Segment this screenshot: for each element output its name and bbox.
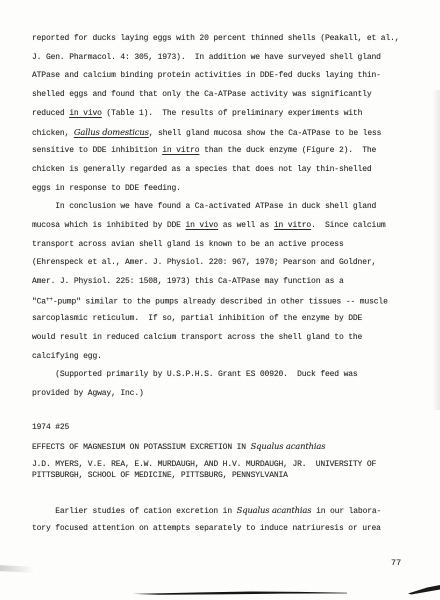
text-segment: Earlier studies of cation excretion in [32,507,237,516]
text-segment: ++ [46,296,53,303]
text-line: In conclusion we have found a Ca-activat… [32,202,422,221]
text-segment: J. Gen. Pharmacol. 4: 305, 1973). In add… [32,53,381,62]
text-segment: reduced [32,109,69,118]
text-segment: would result in reduced calcium transpor… [32,333,362,342]
text-segment: (Table 1). The results of preliminary ex… [102,109,362,118]
scanned-document-page: reported for ducks laying eggs with 20 p… [0,0,440,600]
text-line: ATPase and calcium binding protein activ… [32,71,422,90]
text-line: 1974 #25 [32,423,422,442]
text-segment: than the duck enzyme (Figure 2). The [199,146,376,155]
text-line: tory focused attention on attempts separ… [32,524,422,543]
text-segment: eggs in response to DDE feeding. [32,184,181,193]
scan-artifact-line [133,590,347,595]
text-segment: , shell gland mucosa show the Ca-ATPase … [149,129,382,138]
text-line: (Supported primarily by U.S.P.H.S. Grant… [32,370,422,389]
text-segment: mucosa which is inhibited by DDE [32,221,185,230]
text-segment: in our labora- [311,507,381,516]
text-line: Earlier studies of cation excretion in S… [32,505,422,524]
scan-artifact-edge-shadow [432,90,440,410]
text-segment: Amer. J. Physiol. 225: 1508, 1973) this … [32,277,344,286]
text-line: "Ca++-pump" similar to the pumps already… [32,296,422,315]
text-line: would result in reduced calcium transpor… [32,333,422,352]
text-segment: Squalus acanthias [251,441,326,451]
text-line: reported for ducks laying eggs with 20 p… [32,34,422,53]
text-line: sensitive to DDE inhibition in vitro tha… [32,146,422,165]
text-segment: ATPase and calcium binding protein activ… [32,71,381,80]
text-line: reduced in vivo (Table 1). The results o… [32,109,422,128]
text-segment: chicken is generally regarded as a speci… [32,165,372,174]
text-line: J. Gen. Pharmacol. 4: 305, 1973). In add… [32,53,422,72]
text-segment: calcifying egg. [32,352,102,361]
line-spacer [32,408,422,423]
text-segment: . Since calcium [311,221,385,230]
text-line: transport across avian shell gland is kn… [32,240,422,259]
text-line: PITTSBURGH, SCHOOL OF MEDICINE, PITTSBUR… [32,471,422,490]
text-segment: Gallus domesticus [74,127,149,137]
text-line: mucosa which is inhibited by DDE in vivo… [32,221,422,240]
text-segment: in vitro [274,221,311,230]
text-segment: reported for ducks laying eggs with 20 p… [32,34,399,43]
text-line: calcifying egg. [32,352,422,371]
text-segment: in vivo [185,221,218,230]
text-line: chicken, Gallus domesticus, shell gland … [32,127,422,146]
text-segment: Squalus acanthias [237,505,312,515]
text-segment: shelled eggs and found that only the Ca-… [32,90,372,99]
text-line: Amer. J. Physiol. 225: 1508, 1973) this … [32,277,422,296]
scan-artifact-smudge [0,565,34,573]
text-segment: chicken, [32,129,74,138]
text-line: provided by Agway, Inc.) [32,389,422,408]
text-segment: sarcoplasmic reticulum. If so, partial i… [32,314,362,323]
text-segment: J.D. MYERS, V.E. REA, E.W. MURDAUGH, AND… [32,460,376,469]
page-number: 77 [391,558,401,568]
text-segment: tory focused attention on attempts separ… [32,524,381,533]
text-segment: in vivo [69,109,102,118]
text-segment: transport across avian shell gland is kn… [32,240,344,249]
text-segment: "Ca [32,297,46,306]
text-line: EFFECTS OF MAGNESIUM ON POTASSIUM EXCRET… [32,441,422,460]
text-line: chicken is generally regarded as a speci… [32,165,422,184]
text-line: (Ehrenspeck et al., Amer. J. Physiol. 22… [32,258,422,277]
text-segment: as well as [218,221,274,230]
line-spacer [32,490,422,505]
text-segment: provided by Agway, Inc.) [32,389,144,398]
text-segment: -pump" similar to the pumps already desc… [53,297,388,306]
text-segment: PITTSBURGH, SCHOOL OF MEDICINE, PITTSBUR… [32,471,288,480]
text-segment: (Ehrenspeck et al., Amer. J. Physiol. 22… [32,258,376,267]
scan-artifact-corner [408,585,440,595]
text-segment: EFFECTS OF MAGNESIUM ON POTASSIUM EXCRET… [32,443,251,452]
text-line: sarcoplasmic reticulum. If so, partial i… [32,314,422,333]
text-segment: in vitro [162,146,199,155]
text-segment: (Supported primarily by U.S.P.H.S. Grant… [32,370,358,379]
text-segment: In conclusion we have found a Ca-activat… [32,202,376,211]
text-line: J.D. MYERS, V.E. REA, E.W. MURDAUGH, AND… [32,460,422,471]
text-segment: sensitive to DDE inhibition [32,146,162,155]
text-line: shelled eggs and found that only the Ca-… [32,90,422,109]
text-line: eggs in response to DDE feeding. [32,184,422,203]
document-body: reported for ducks laying eggs with 20 p… [32,34,422,542]
text-segment: 1974 #25 [32,423,69,432]
